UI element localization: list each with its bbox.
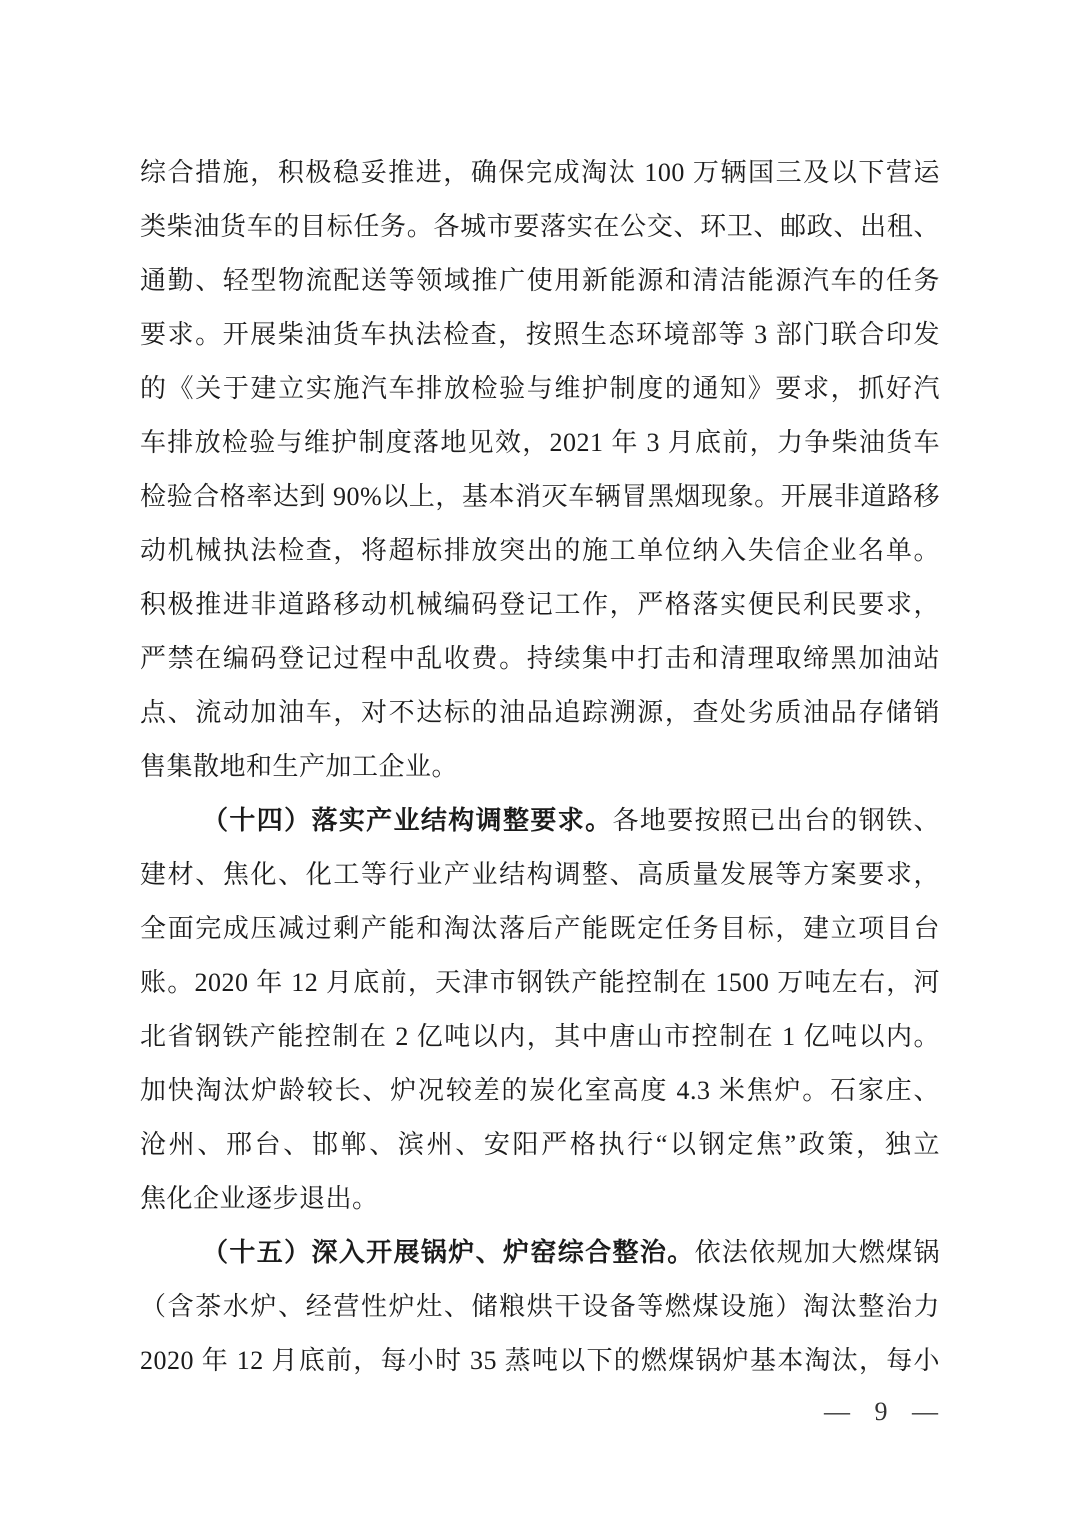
body-text: 建材、焦化、化工等行业产业结构调整、高质量发展等方案要求， — [140, 860, 940, 889]
body-text: 类柴油货车的目标任务。各城市要落实在公交、环卫、邮政、出租、 — [140, 212, 940, 241]
body-text: 要求。开展柴油货车执法检查，按照生态环境部等 3 部门联合印发 — [140, 320, 940, 349]
text-line: 账。2020 年 12 月底前，天津市钢铁产能控制在 1500 万吨左右，河 — [140, 956, 940, 1010]
body-text: 售集散地和生产加工企业。 — [140, 752, 458, 781]
page-number: — 9 — — [824, 1397, 940, 1426]
body-text: 全面完成压减过剩产能和淘汰落后产能既定任务目标，建立项目台 — [140, 914, 940, 943]
text-line: 售集散地和生产加工企业。 — [140, 740, 940, 794]
text-line: （十四）落实产业结构调整要求。各地要按照已出台的钢铁、 — [140, 794, 940, 848]
text-line: 焦化企业逐步退出。 — [140, 1172, 940, 1226]
text-line: 动机械执法检查，将超标排放突出的施工单位纳入失信企业名单。 — [140, 524, 940, 578]
body-text: 积极推进非道路移动机械编码登记工作，严格落实便民利民要求， — [140, 590, 940, 619]
text-line: 积极推进非道路移动机械编码登记工作，严格落实便民利民要求， — [140, 578, 940, 632]
heading-text: （十五）深入开展锅炉、炉窑综合整治。 — [202, 1238, 695, 1267]
body-text: 沧州、邢台、邯郸、滨州、安阳严格执行“以钢定焦”政策，独立 — [140, 1130, 940, 1159]
text-line: 加快淘汰炉龄较长、炉况较差的炭化室高度 4.3 米焦炉。石家庄、 — [140, 1064, 940, 1118]
text-line: （含茶水炉、经营性炉灶、储粮烘干设备等燃煤设施）淘汰整治力度。 — [140, 1280, 940, 1334]
text-line: 的《关于建立实施汽车排放检验与维护制度的通知》要求，抓好汽 — [140, 362, 940, 416]
text-line: 综合措施，积极稳妥推进，确保完成淘汰 100 万辆国三及以下营运 — [140, 146, 940, 200]
page-footer: — 9 — — [824, 1392, 940, 1432]
body-text: 综合措施，积极稳妥推进，确保完成淘汰 100 万辆国三及以下营运 — [140, 158, 940, 187]
document-page: 综合措施，积极稳妥推进，确保完成淘汰 100 万辆国三及以下营运类柴油货车的目标… — [0, 0, 1080, 1527]
body-text: 通勤、轻型物流配送等领域推广使用新能源和清洁能源汽车的任务 — [140, 266, 940, 295]
body-text: 车排放检验与维护制度落地见效，2021 年 3 月底前，力争柴油货车 — [140, 428, 940, 457]
text-line: 沧州、邢台、邯郸、滨州、安阳严格执行“以钢定焦”政策，独立 — [140, 1118, 940, 1172]
text-line: 车排放检验与维护制度落地见效，2021 年 3 月底前，力争柴油货车 — [140, 416, 940, 470]
body-text: 北省钢铁产能控制在 2 亿吨以内，其中唐山市控制在 1 亿吨以内。 — [140, 1022, 940, 1051]
body-text: 2020 年 12 月底前，每小时 35 蒸吨以下的燃煤锅炉基本淘汰，每小 — [140, 1346, 940, 1375]
document-body: 综合措施，积极稳妥推进，确保完成淘汰 100 万辆国三及以下营运类柴油货车的目标… — [140, 146, 940, 1388]
body-text: 账。2020 年 12 月底前，天津市钢铁产能控制在 1500 万吨左右，河 — [140, 968, 940, 997]
text-line: 通勤、轻型物流配送等领域推广使用新能源和清洁能源汽车的任务 — [140, 254, 940, 308]
body-text: 加快淘汰炉龄较长、炉况较差的炭化室高度 4.3 米焦炉。石家庄、 — [140, 1076, 940, 1105]
body-text: 严禁在编码登记过程中乱收费。持续集中打击和清理取缔黑加油站 — [140, 644, 940, 673]
text-line: 检验合格率达到 90%以上，基本消灭车辆冒黑烟现象。开展非道路移 — [140, 470, 940, 524]
body-text: （含茶水炉、经营性炉灶、储粮烘干设备等燃煤设施）淘汰整治力度。 — [140, 1292, 940, 1334]
text-line: 全面完成压减过剩产能和淘汰落后产能既定任务目标，建立项目台 — [140, 902, 940, 956]
text-line: 点、流动加油车，对不达标的油品追踪溯源，查处劣质油品存储销 — [140, 686, 940, 740]
text-line: 2020 年 12 月底前，每小时 35 蒸吨以下的燃煤锅炉基本淘汰，每小 — [140, 1334, 940, 1388]
body-text: 点、流动加油车，对不达标的油品追踪溯源，查处劣质油品存储销 — [140, 698, 940, 727]
text-line: 北省钢铁产能控制在 2 亿吨以内，其中唐山市控制在 1 亿吨以内。 — [140, 1010, 940, 1064]
text-line: 严禁在编码登记过程中乱收费。持续集中打击和清理取缔黑加油站 — [140, 632, 940, 686]
text-line: 建材、焦化、化工等行业产业结构调整、高质量发展等方案要求， — [140, 848, 940, 902]
body-text: 焦化企业逐步退出。 — [140, 1184, 379, 1213]
heading-text: （十四）落实产业结构调整要求。 — [202, 806, 612, 835]
body-text: 的《关于建立实施汽车排放检验与维护制度的通知》要求，抓好汽 — [140, 374, 940, 403]
body-text: 动机械执法检查，将超标排放突出的施工单位纳入失信企业名单。 — [140, 536, 940, 565]
body-text: 各地要按照已出台的钢铁、 — [612, 806, 940, 835]
body-text: 检验合格率达到 90%以上，基本消灭车辆冒黑烟现象。开展非道路移 — [140, 482, 940, 511]
text-line: 类柴油货车的目标任务。各城市要落实在公交、环卫、邮政、出租、 — [140, 200, 940, 254]
text-line: 要求。开展柴油货车执法检查，按照生态环境部等 3 部门联合印发 — [140, 308, 940, 362]
text-line: （十五）深入开展锅炉、炉窑综合整治。依法依规加大燃煤锅炉 — [140, 1226, 940, 1280]
